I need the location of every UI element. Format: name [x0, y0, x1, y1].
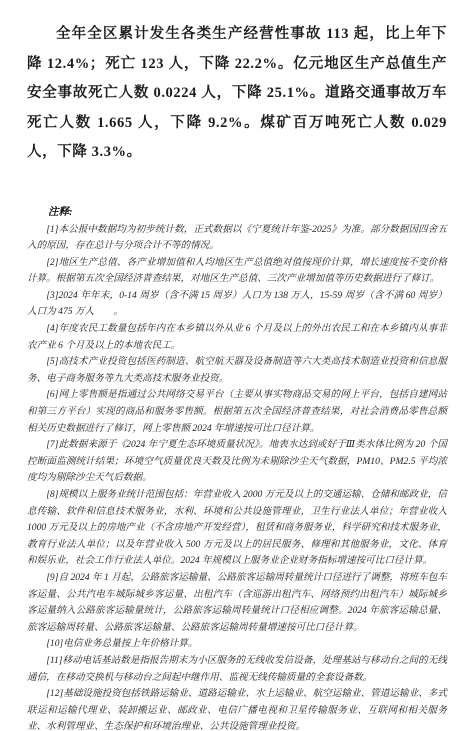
communique-document-page: 全年全区累计发生各类生产经营性事故 113 起，比上年下降 12.4%；死亡 1…: [0, 0, 474, 731]
note-item-4: [4]年度农民工数量包括年内在本乡镇以外从业 6 个月及以上的外出农民工和在本乡…: [27, 321, 447, 354]
notes-heading: 注释:: [27, 204, 447, 219]
note-item-2: [2]地区生产总值、各产业增加值和人均地区生产总值绝对值按现价计算，增长速度按不…: [27, 255, 447, 288]
safety-accidents-paragraph: 全年全区累计发生各类生产经营性事故 113 起，比上年下降 12.4%；死亡 1…: [27, 20, 447, 168]
note-item-9: [9]自 2024 年 1 月起，公路旅客运输量、公路旅客运输周转量统计口径进行…: [27, 570, 447, 636]
note-item-11: [11]移动电话基站数是指报告期末为小区服务的无线收发信设备，处理基站与移动台之…: [27, 653, 447, 686]
notes-section: 注释: [1]本公报中数据均为初步统计数，正式数据以《宁夏统计年鉴-2025》为…: [27, 204, 447, 731]
note-item-1: [1]本公报中数据均为初步统计数，正式数据以《宁夏统计年鉴-2025》为准。部分…: [27, 222, 447, 255]
note-item-10: [10]电信业务总量按上年价格计算。: [27, 636, 447, 653]
note-item-8: [8]规模以上服务业统计范围包括：年营业收入 2000 万元及以上的交通运输、仓…: [27, 487, 447, 570]
note-item-12: [12]基础设施投资包括铁路运输业、道路运输业、水上运输业、航空运输业、管道运输…: [27, 686, 447, 731]
note-item-3: [3]2024 年年末，0-14 周岁（含不满 15 周岁）人口为 138 万人…: [27, 288, 447, 321]
note-item-5: [5]高技术产业投资包括医药制造、航空航天器及设备制造等六大类高技术制造业投资和…: [27, 354, 447, 387]
note-item-7: [7]此数据来源于《2024 年宁夏生态环境质量状况》。地表水达到或好于Ⅲ类水体…: [27, 437, 447, 487]
note-item-6: [6]网上零售额是指通过公共网络交易平台（主要从事实物商品交易的网上平台，包括自…: [27, 387, 447, 437]
